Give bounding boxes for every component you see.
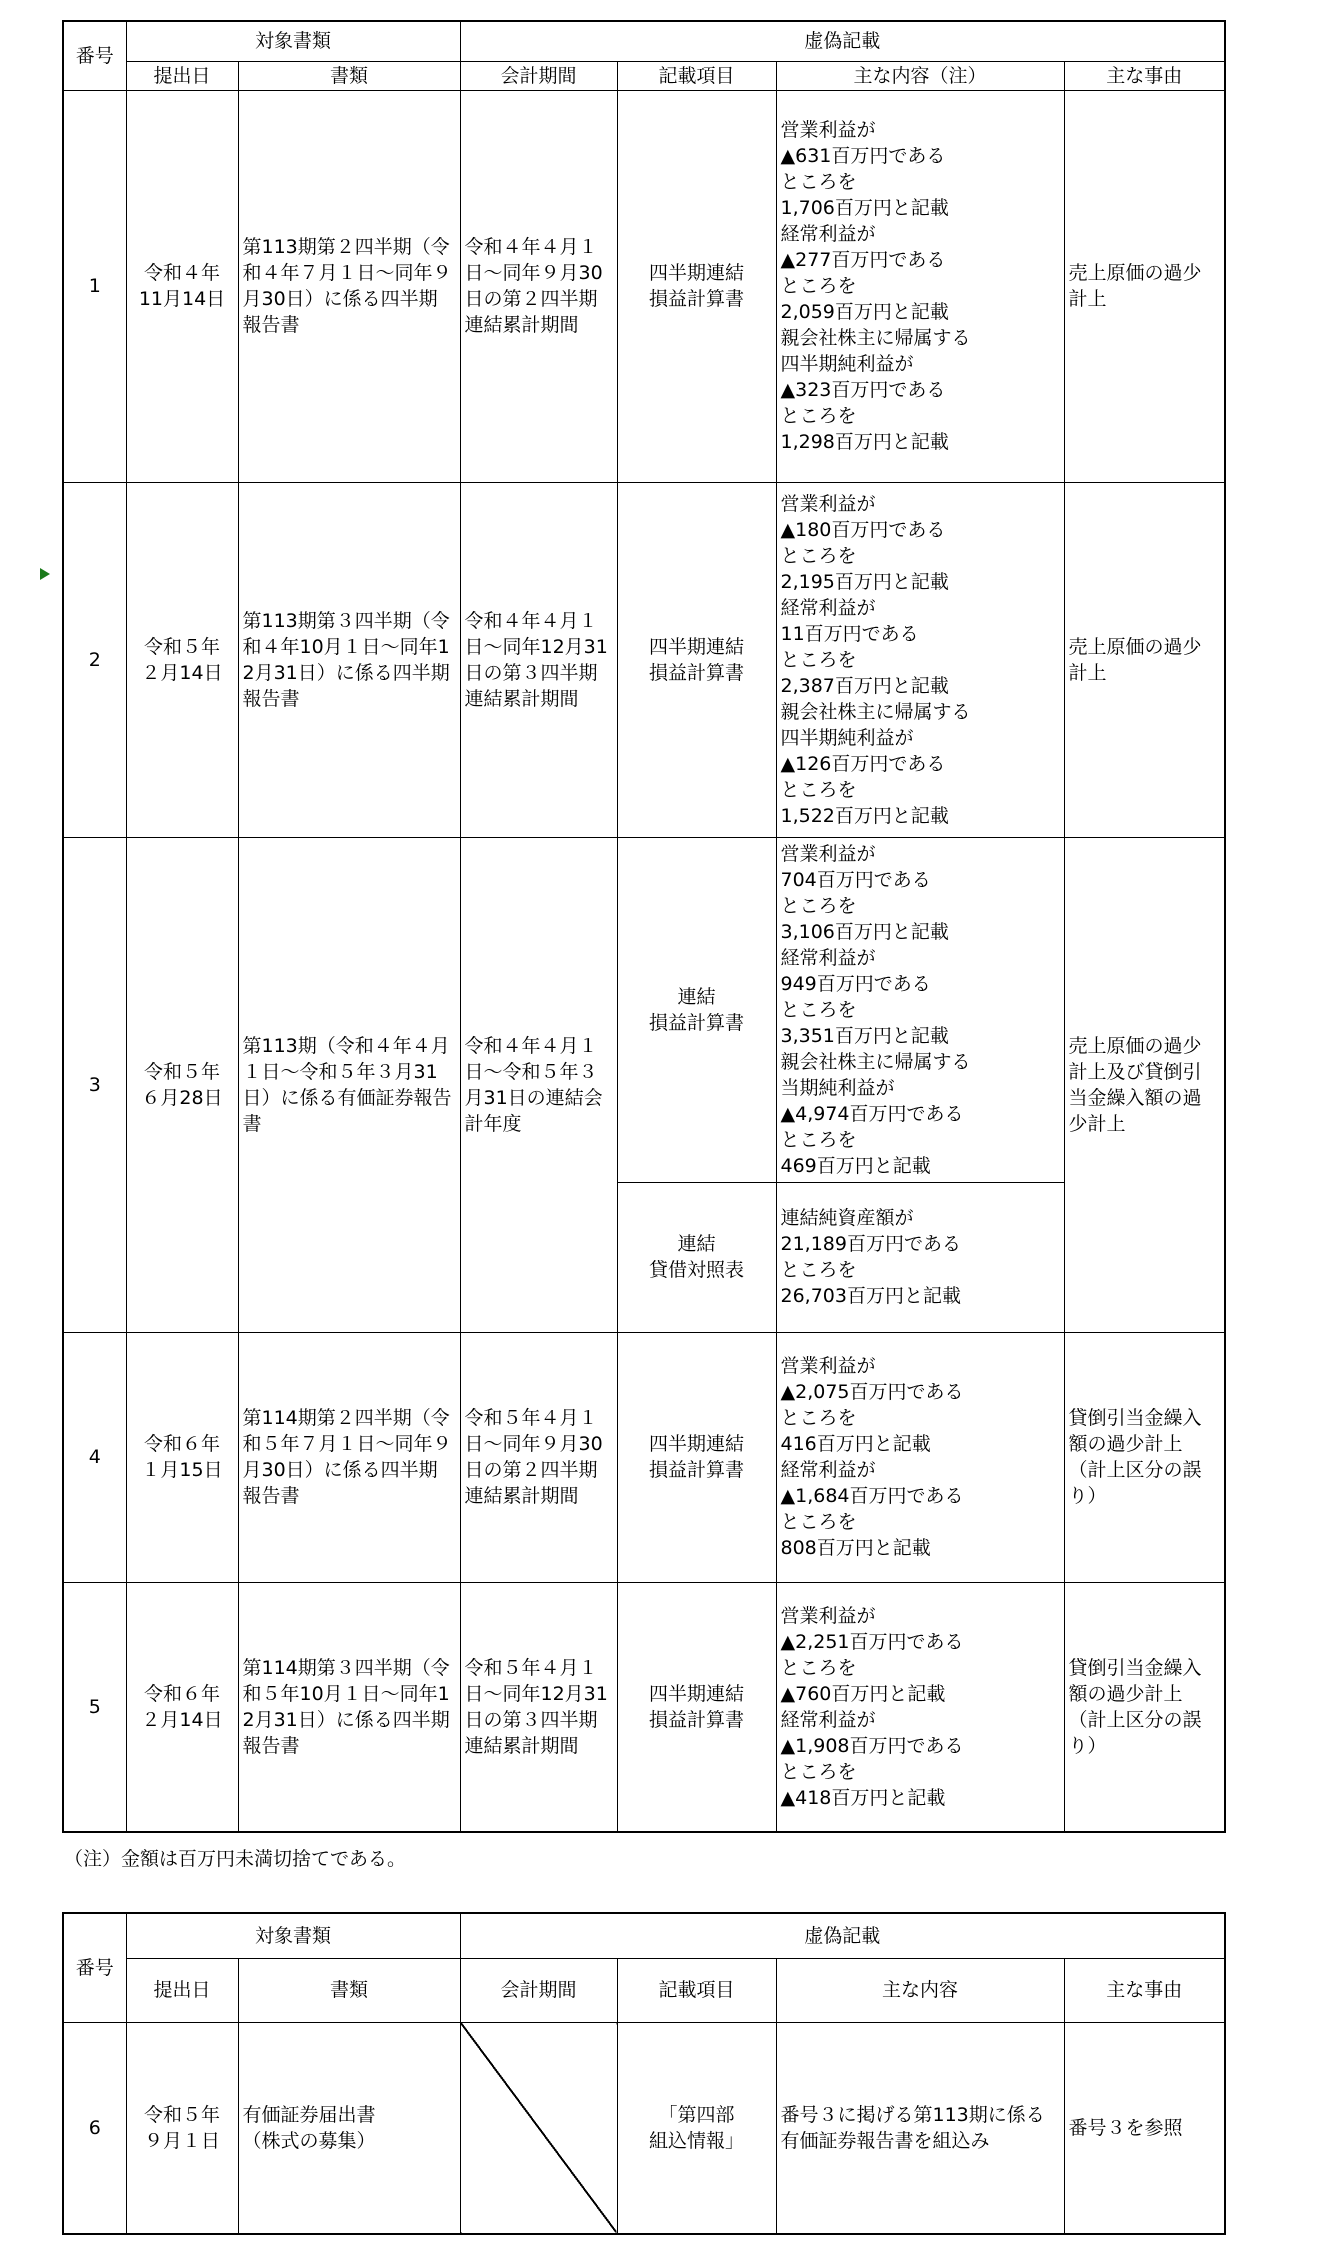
table-row: 6 令和５年 ９月１日 有価証券届出書 （株式の募集） 「第四部 組込情報」 番…	[63, 2022, 1225, 2234]
disclosure-table-1: 番号 対象書類 虚偽記載 提出日 書類 会計期間 記載項目 主な内容（注） 主な…	[62, 20, 1226, 1833]
t1-r4-main-content: 営業利益が ▲2,075百万円である ところを 416百万円と記載 経常利益が …	[776, 1332, 1064, 1582]
t1-r3-main-content-pl: 営業利益が 704百万円である ところを 3,106百万円と記載 経常利益が 9…	[776, 837, 1064, 1182]
footnote: （注）金額は百万円未満切捨てである。	[64, 1846, 406, 1872]
t1-r3-stated-item-bs: 連結 貸借対照表	[617, 1182, 776, 1332]
t1-r5-main-content: 営業利益が ▲2,251百万円である ところを ▲760百万円と記載 経常利益が…	[776, 1582, 1064, 1832]
table-row: 2 令和５年 ２月14日 第113期第３四半期（令和４年10月１日～同年12月3…	[63, 482, 1225, 837]
green-triangle-marker	[40, 568, 50, 580]
t1-header-main-content: 主な内容（注）	[776, 61, 1064, 90]
t1-r3-main-reason: 売上原価の過少計上及び貸倒引当金繰入額の過少計上	[1064, 837, 1225, 1332]
t1-r1-document: 第113期第２四半期（令和４年７月１日～同年９月30日）に係る四半期報告書	[238, 90, 460, 482]
t2-header-number: 番号	[63, 1913, 126, 2022]
t1-r5-document: 第114期第３四半期（令和５年10月１日～同年12月31日）に係る四半期報告書	[238, 1582, 460, 1832]
t2-header-main-content: 主な内容	[776, 1958, 1064, 2022]
t1-r4-accounting-period: 令和５年４月１日～同年９月30日の第２四半期連結累計期間	[460, 1332, 617, 1582]
t1-r1-main-reason: 売上原価の過少計上	[1064, 90, 1225, 482]
t2-r6-submission-date: 令和５年 ９月１日	[126, 2022, 238, 2234]
t1-r2-number: 2	[63, 482, 126, 837]
t1-r2-accounting-period: 令和４年４月１日～同年12月31日の第３四半期連結累計期間	[460, 482, 617, 837]
t2-r6-number: 6	[63, 2022, 126, 2234]
t2-header-false-statement: 虚偽記載	[460, 1913, 1225, 1958]
t1-r2-main-reason: 売上原価の過少計上	[1064, 482, 1225, 837]
t1-r4-stated-item: 四半期連結 損益計算書	[617, 1332, 776, 1582]
t1-header-stated-item: 記載項目	[617, 61, 776, 90]
t1-r2-stated-item: 四半期連結 損益計算書	[617, 482, 776, 837]
t1-r4-number: 4	[63, 1332, 126, 1582]
t1-r2-submission-date: 令和５年 ２月14日	[126, 482, 238, 837]
table-row: 4 令和６年 １月15日 第114期第２四半期（令和５年７月１日～同年９月30日…	[63, 1332, 1225, 1582]
t1-r5-stated-item: 四半期連結 損益計算書	[617, 1582, 776, 1832]
t2-r6-stated-item: 「第四部 組込情報」	[617, 2022, 776, 2234]
t1-header-main-reason: 主な事由	[1064, 61, 1225, 90]
document-page: 番号 対象書類 虚偽記載 提出日 書類 会計期間 記載項目 主な内容（注） 主な…	[0, 0, 1329, 2250]
t2-header-submission-date: 提出日	[126, 1958, 238, 2022]
t2-header-target-docs: 対象書類	[126, 1913, 460, 1958]
t1-header-false-statement: 虚偽記載	[460, 21, 1225, 61]
t1-r4-document: 第114期第２四半期（令和５年７月１日～同年９月30日）に係る四半期報告書	[238, 1332, 460, 1582]
t2-header-main-reason: 主な事由	[1064, 1958, 1225, 2022]
t1-header-accounting-period: 会計期間	[460, 61, 617, 90]
t1-header-number: 番号	[63, 21, 126, 90]
t1-r1-accounting-period: 令和４年４月１日～同年９月30日の第２四半期連結累計期間	[460, 90, 617, 482]
t1-header-target-docs: 対象書類	[126, 21, 460, 61]
t2-header-stated-item: 記載項目	[617, 1958, 776, 2022]
disclosure-table-2: 番号 対象書類 虚偽記載 提出日 書類 会計期間 記載項目 主な内容 主な事由 …	[62, 1912, 1226, 2235]
t1-r5-number: 5	[63, 1582, 126, 1832]
table-row: 5 令和６年 ２月14日 第114期第３四半期（令和５年10月１日～同年12月3…	[63, 1582, 1225, 1832]
t2-header-document: 書類	[238, 1958, 460, 2022]
table-row: 1 令和４年 11月14日 第113期第２四半期（令和４年７月１日～同年９月30…	[63, 90, 1225, 482]
t2-header-accounting-period: 会計期間	[460, 1958, 617, 2022]
table-row: 3 令和５年 ６月28日 第113期（令和４年４月１日～令和５年３月31日）に係…	[63, 837, 1225, 1182]
t2-r6-document: 有価証券届出書 （株式の募集）	[238, 2022, 460, 2234]
t1-r4-submission-date: 令和６年 １月15日	[126, 1332, 238, 1582]
t1-header-submission-date: 提出日	[126, 61, 238, 90]
t1-r5-main-reason: 貸倒引当金繰入額の過少計上（計上区分の誤り）	[1064, 1582, 1225, 1832]
t1-r4-main-reason: 貸倒引当金繰入額の過少計上（計上区分の誤り）	[1064, 1332, 1225, 1582]
t1-r3-number: 3	[63, 837, 126, 1332]
t1-r1-stated-item: 四半期連結 損益計算書	[617, 90, 776, 482]
t1-r5-submission-date: 令和６年 ２月14日	[126, 1582, 238, 1832]
t2-r6-main-content: 番号３に掲げる第113期に係る有価証券報告書を組込み	[776, 2022, 1064, 2234]
t2-r6-main-reason: 番号３を参照	[1064, 2022, 1225, 2234]
t1-r1-main-content: 営業利益が ▲631百万円である ところを 1,706百万円と記載 経常利益が …	[776, 90, 1064, 482]
t1-r3-document: 第113期（令和４年４月１日～令和５年３月31日）に係る有価証券報告書	[238, 837, 460, 1332]
t1-r1-submission-date: 令和４年 11月14日	[126, 90, 238, 482]
t1-r3-accounting-period: 令和４年４月１日～令和５年３月31日の連結会計年度	[460, 837, 617, 1332]
t1-r5-accounting-period: 令和５年４月１日～同年12月31日の第３四半期連結累計期間	[460, 1582, 617, 1832]
t1-r1-number: 1	[63, 90, 126, 482]
t1-r3-submission-date: 令和５年 ６月28日	[126, 837, 238, 1332]
t1-r2-document: 第113期第３四半期（令和４年10月１日～同年12月31日）に係る四半期報告書	[238, 482, 460, 837]
t1-r2-main-content: 営業利益が ▲180百万円である ところを 2,195百万円と記載 経常利益が …	[776, 482, 1064, 837]
t1-r3-main-content-bs: 連結純資産額が 21,189百万円である ところを 26,703百万円と記載	[776, 1182, 1064, 1332]
t1-r3-stated-item-pl: 連結 損益計算書	[617, 837, 776, 1182]
t1-header-document: 書類	[238, 61, 460, 90]
t2-r6-diagonal-slash-cell	[460, 2022, 617, 2234]
